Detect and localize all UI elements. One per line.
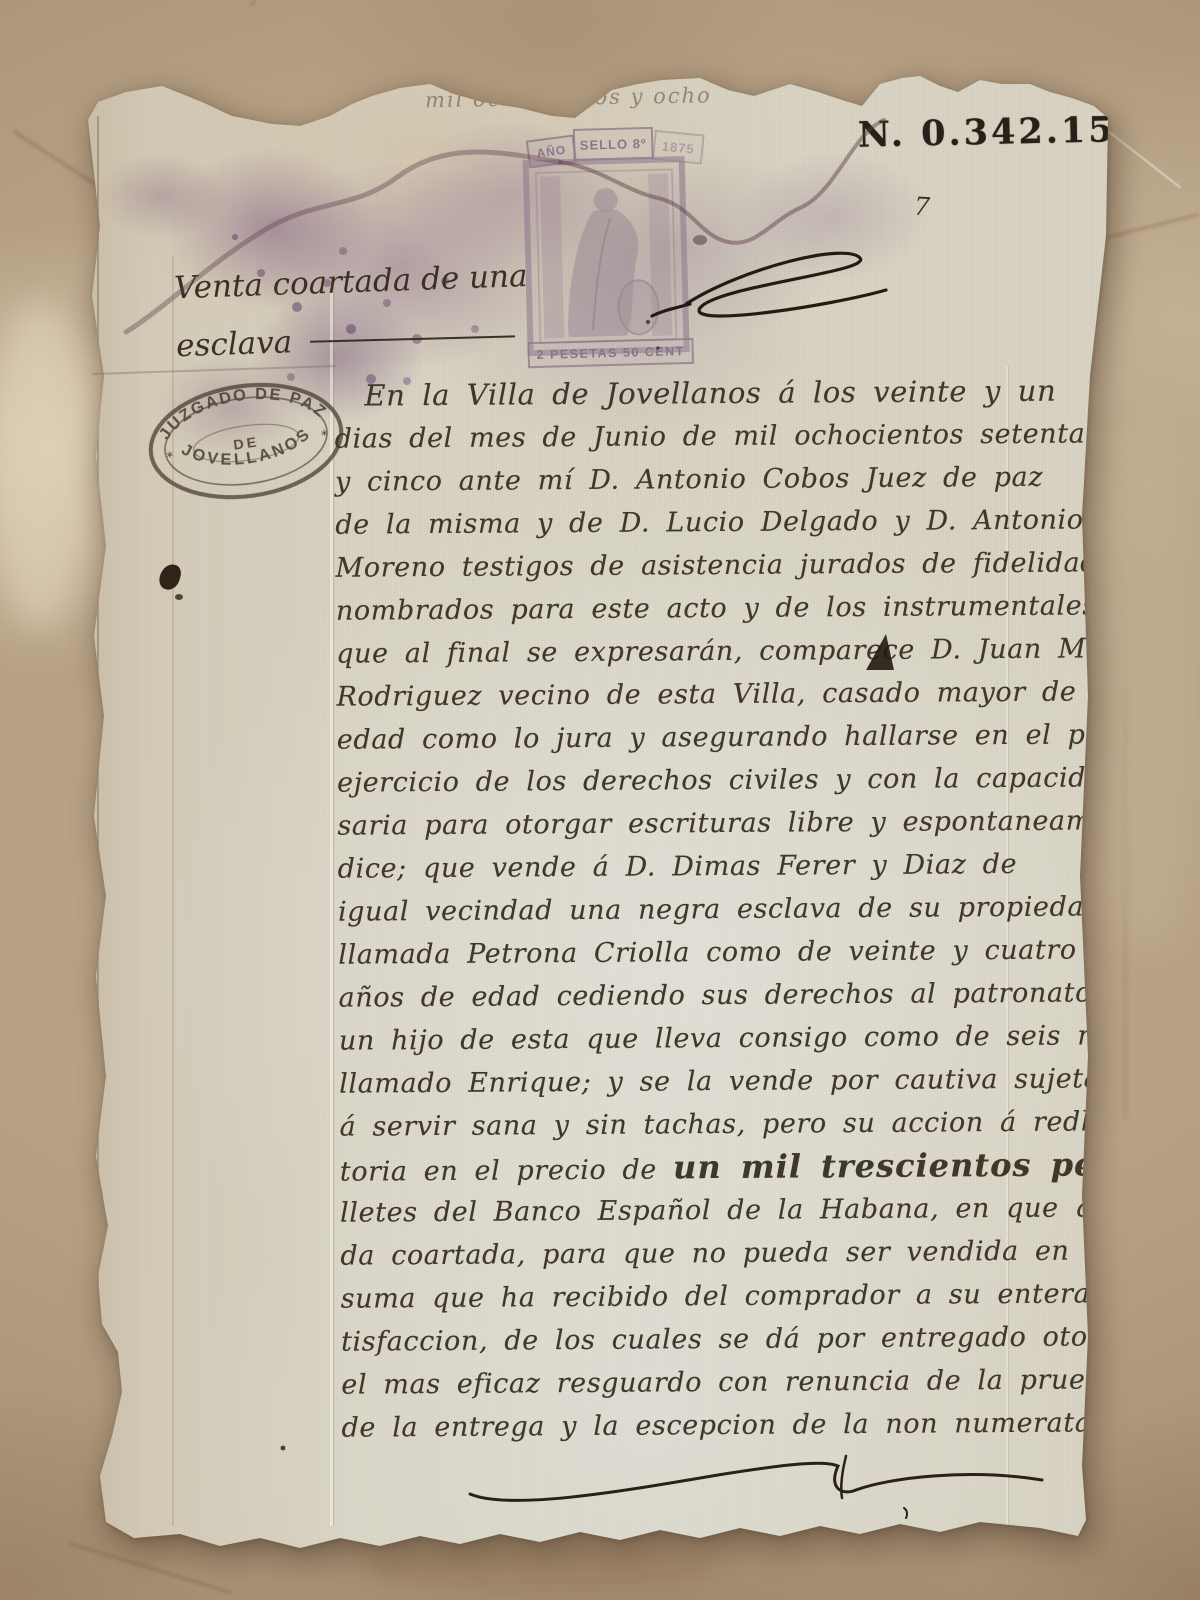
manuscript-line: el mas eficaz resguardo con renuncia de … — [341, 1358, 1109, 1406]
manuscript-line-segment: en bi- — [1156, 1150, 1200, 1182]
seal-ornament-left: ∗ — [165, 449, 175, 461]
seal-ornament-right: ∗ — [319, 428, 329, 440]
manuscript-line: toria en el precio de un mil trescientos… — [340, 1143, 1108, 1191]
manuscript-line: llamado Enrique; y se la vende por cauti… — [339, 1057, 1107, 1105]
manuscript-line: edad como lo jura y asegurando hallarse … — [337, 713, 1105, 761]
manuscript-line: llamada Petrona Criolla como de veinte y… — [338, 928, 1106, 976]
faded-header-script: mil ochocientos y ocho — [425, 80, 905, 112]
serial-number-stamp: N. 0.342.153 — [858, 109, 1119, 155]
margin-title-line2: esclava — [176, 324, 293, 364]
manuscript-paper: mil ochocientos y ocho N. 0.342.153 7 AÑ… — [82, 76, 1110, 1554]
stain-speckles — [232, 234, 238, 240]
manuscript-line: un hijo de esta que lleva consigo como d… — [339, 1014, 1107, 1062]
manuscript-line-segment: toria en el precio de — [340, 1154, 674, 1187]
manuscript-line: que al final se expresarán, comparece D.… — [336, 627, 1104, 675]
manuscript-line: En la Villa de Jovellanos á los veinte y… — [334, 369, 1102, 417]
manuscript-line: á servir sana y sin tachas, pero su acci… — [339, 1100, 1107, 1148]
manuscript-line: saria para otorgar escrituras libre y es… — [337, 799, 1105, 847]
margin-title: Venta coartada de una esclava — [173, 245, 597, 376]
revenue-stamp-title: SELLO 8º — [573, 127, 654, 161]
court-seal-stamp: JUZGADO DE PAZ JOVELLANOS DE ∗ ∗ — [136, 365, 355, 516]
manuscript-line: dias del mes de Junio de mil ochocientos… — [335, 412, 1103, 460]
page-number-mark: 7 — [913, 191, 931, 221]
manuscript-line: Moreno testigos de asistencia jurados de… — [335, 541, 1103, 589]
manuscript-line: de la entrega y la escepcion de la non n… — [341, 1401, 1109, 1449]
title-underline — [310, 335, 515, 342]
manuscript-line: da coartada, para que no pueda ser vendi… — [340, 1229, 1108, 1277]
manuscript-line: de la misma y de D. Lucio Delgado y D. A… — [335, 498, 1103, 546]
manuscript-line: igual vecindad una negra esclava de su p… — [338, 885, 1106, 933]
manuscript-line: ejercicio de los derechos civiles y con … — [337, 756, 1105, 804]
manuscript-line: y cinco ante mí D. Antonio Cobos Juez de… — [335, 455, 1103, 503]
torn-edge-line — [97, 116, 99, 1520]
manuscript-line: suma que ha recibido del comprador a su … — [341, 1272, 1109, 1320]
manuscript-line: tisfaccion, de los cuales se dá por entr… — [341, 1315, 1109, 1363]
margin-title-line1: Venta coartada de una — [173, 258, 528, 306]
manuscript-line: lletes del Banco Español de la Habana, e… — [340, 1186, 1108, 1234]
ink-blot — [157, 562, 183, 592]
manuscript-line: Rodriguez vecino de esta Villa, casado m… — [336, 670, 1104, 718]
manuscript-line: dice; que vende á D. Dimas Ferer y Diaz … — [338, 842, 1106, 890]
manuscript-line: años de edad cediendo sus derechos al pa… — [338, 971, 1106, 1019]
manuscript-line-segment: un mil trescientos pesos — [673, 1145, 1156, 1186]
ink-blot — [175, 594, 183, 600]
paper-shadow-wrap: mil ochocientos y ocho N. 0.342.153 7 AÑ… — [0, 0, 1200, 1600]
photo-background: mil ochocientos y ocho N. 0.342.153 7 AÑ… — [0, 0, 1200, 1600]
manuscript-line: nombrados para este acto y de los instru… — [336, 584, 1104, 632]
manuscript-body: En la Villa de Jovellanos á los veinte y… — [334, 369, 1109, 1449]
